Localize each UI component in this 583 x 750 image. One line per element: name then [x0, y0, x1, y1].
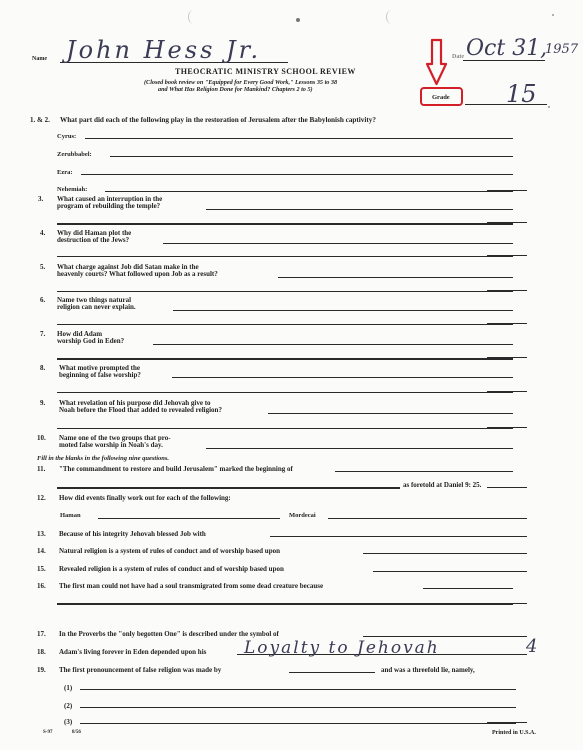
question-text: Revealed religion is a system of rules o… — [59, 565, 284, 573]
question-number: 16. — [37, 582, 46, 590]
question-text-line2: worship God in Eden? — [57, 337, 124, 345]
answer-line[interactable] — [270, 536, 513, 537]
answer-line[interactable] — [278, 277, 513, 278]
scan-speck — [296, 18, 300, 22]
question-number: 18. — [37, 648, 46, 656]
date-handwritten[interactable]: Oct 31, — [466, 36, 547, 61]
answer-line[interactable] — [289, 672, 375, 673]
sub-label-haman: Haman — [60, 512, 81, 520]
score-line-q11[interactable] — [487, 487, 527, 488]
question-number: 14. — [37, 547, 46, 555]
answer-line[interactable] — [57, 291, 513, 292]
question-text: Because of his integrity Jehovah blessed… — [59, 530, 206, 538]
score-line-q15[interactable] — [487, 571, 527, 572]
answer-line[interactable] — [423, 588, 513, 589]
item-label-cyrus: Cyrus: — [57, 133, 76, 141]
answer-line[interactable] — [268, 413, 513, 414]
form-code: S-97 — [43, 729, 52, 737]
question-number: 17. — [37, 630, 46, 638]
item-label-ezra: Ezra: — [57, 169, 73, 177]
answer-line[interactable] — [206, 209, 513, 210]
question-number: 5. — [40, 263, 45, 271]
score-line-q18[interactable] — [487, 654, 527, 655]
question-number: 11. — [37, 465, 45, 473]
question-number: 3. — [38, 195, 43, 203]
question-text-line2: religion can never explain. — [57, 303, 136, 311]
form-title: THEOCRATIC MINISTRY SCHOOL REVIEW — [175, 68, 356, 76]
score-line-q9[interactable] — [487, 427, 527, 428]
score-handwritten-q18: 4 — [526, 636, 537, 657]
answer-line-cyrus[interactable] — [85, 138, 513, 139]
score-line-q12[interactable] — [487, 518, 527, 519]
sub-label-mordecai: Mordecai — [289, 512, 316, 520]
score-line-q3[interactable] — [487, 222, 527, 223]
answer-line-part-3[interactable] — [80, 723, 516, 724]
fill-instructions: Fill in the blanks in the following nine… — [37, 455, 169, 463]
question-text-line2: program of rebuilding the temple? — [57, 202, 160, 210]
question-text-line2: heavenly courts? What followed upon Job … — [57, 270, 218, 278]
score-line-q5[interactable] — [487, 290, 527, 291]
item-label-zerubbabel: Zerubbabel: — [57, 151, 92, 159]
score-line-q19[interactable] — [487, 722, 527, 723]
question-text-line2: beginning of false worship? — [59, 371, 141, 379]
question-number: 12. — [37, 494, 46, 502]
question-suffix: as foretold at Daniel 9: 25. — [403, 481, 481, 489]
score-line-q4[interactable] — [487, 255, 527, 256]
form-date: 8/56 — [72, 729, 81, 737]
question-number: 4. — [40, 229, 45, 237]
answer-line[interactable] — [335, 471, 513, 472]
answer-line[interactable] — [153, 344, 513, 345]
score-line-q17[interactable] — [487, 636, 527, 637]
grade-handwritten[interactable]: 15 — [506, 80, 537, 108]
question-text-line2: moted false worship in Noah's day. — [59, 441, 163, 449]
question-number: 9. — [40, 399, 45, 407]
question-text: The first pronouncement of false religio… — [59, 666, 221, 674]
punch-mark-left — [188, 10, 199, 24]
form-subtitle-2: and What Has Religion Done for Mankind? … — [158, 86, 313, 94]
answer-line-part-2[interactable] — [80, 707, 516, 708]
question-text: Adam's living forever in Eden depended u… — [59, 648, 206, 656]
answer-line-nehemiah[interactable] — [105, 191, 513, 192]
question-suffix: and was a threefold lie, namely, — [381, 666, 475, 674]
answer-line-zerubbabel[interactable] — [110, 156, 513, 157]
question-text: The first man could not have had a soul … — [59, 582, 323, 590]
question-number: 7. — [40, 330, 45, 338]
printed-in-usa: Printed in U.S.A. — [492, 729, 536, 737]
question-number: 10. — [37, 434, 46, 442]
question-number: 6. — [40, 296, 45, 304]
score-line-q6[interactable] — [487, 323, 527, 324]
answer-line[interactable] — [206, 448, 513, 449]
answer-line[interactable] — [57, 324, 513, 325]
question-text: How did events finally work out for each… — [59, 494, 231, 502]
score-line-q14[interactable] — [487, 553, 527, 554]
scan-speck — [552, 14, 554, 16]
answer-line-ezra[interactable] — [81, 174, 513, 175]
answer-line[interactable] — [57, 358, 513, 360]
scan-speck — [548, 106, 550, 108]
score-line-q16[interactable] — [487, 603, 527, 604]
red-arrow-annotation — [426, 38, 448, 86]
punch-mark-right — [386, 10, 397, 24]
question-text: In the Proverbs the "only begotten One" … — [59, 630, 279, 638]
part-label-2: (2) — [64, 702, 72, 710]
part-label-3: (3) — [64, 718, 72, 726]
answer-line[interactable] — [163, 243, 513, 244]
answer-line[interactable] — [172, 377, 513, 378]
score-line-q8[interactable] — [487, 391, 527, 392]
question-number: 15. — [37, 565, 46, 573]
question-text-line2: destruction of the Jews? — [57, 236, 129, 244]
answer-handwritten[interactable]: Loyalty to Jehovah — [244, 638, 440, 658]
answer-line[interactable] — [57, 223, 513, 225]
answer-line[interactable] — [57, 428, 513, 429]
score-line-q7[interactable] — [487, 357, 527, 358]
answer-line-haman[interactable] — [98, 518, 280, 519]
question-number: 13. — [37, 530, 46, 538]
question-text: "The commandment to restore and build Je… — [59, 465, 293, 473]
grade-label: Grade — [432, 94, 450, 102]
item-label-nehemiah: Nehemiah: — [57, 186, 87, 194]
question-number: 19. — [37, 666, 46, 674]
score-line-q13[interactable] — [487, 536, 527, 537]
part-label-1: (1) — [64, 684, 72, 692]
question-number: 8. — [40, 364, 45, 372]
answer-line-mordecai[interactable] — [328, 518, 513, 519]
answer-line[interactable] — [57, 392, 513, 393]
answer-line[interactable] — [173, 310, 513, 311]
question-number: 1. & 2. — [30, 116, 50, 124]
name-label: Name — [32, 55, 47, 63]
score-line-q1-2[interactable] — [487, 190, 527, 191]
date-year-handwritten: 1957 — [545, 42, 578, 57]
question-text-line2: Noah before the Flood that added to reve… — [59, 406, 222, 414]
answer-line-part-1[interactable] — [80, 689, 516, 690]
answer-line[interactable] — [57, 603, 513, 605]
answer-line[interactable] — [57, 487, 400, 489]
question-text: What part did each of the following play… — [60, 116, 376, 124]
name-handwritten[interactable]: John Hess Jr. — [66, 36, 261, 64]
question-text: Natural religion is a system of rules of… — [59, 547, 280, 555]
answer-line[interactable] — [57, 256, 513, 257]
